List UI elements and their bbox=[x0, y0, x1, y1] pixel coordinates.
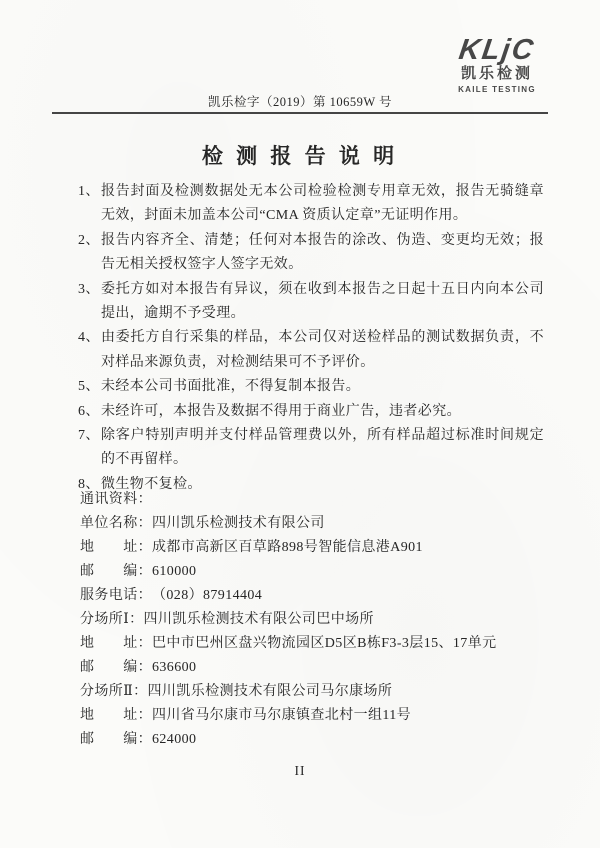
contact-label: 邮 编： bbox=[80, 728, 152, 752]
note-item-7: 7、 除客户特别声明并支付样品管理费以外，所有样品超过标准时间规定的不再留样。 bbox=[78, 424, 544, 473]
contact-row-address-branch-2: 地 址：四川省马尔康市马尔康镇查北村一组11号 bbox=[80, 704, 550, 728]
contact-label: 邮 编： bbox=[80, 560, 152, 584]
contact-section: 通讯资料： 单位名称：四川凯乐检测技术有限公司 地 址：成都市高新区百草路898… bbox=[80, 488, 550, 752]
note-number: 7、 bbox=[78, 424, 101, 473]
contact-row-postcode-main: 邮 编：610000 bbox=[80, 560, 550, 584]
note-text: 未经许可，本报告及数据不得用于商业广告，违者必究。 bbox=[101, 400, 544, 424]
contact-row-company-name: 单位名称：四川凯乐检测技术有限公司 bbox=[80, 512, 550, 536]
note-item-3: 3、 委托方如对本报告有异议，须在收到本报告之日起十五日内向本公司提出，逾期不予… bbox=[78, 278, 544, 327]
note-item-5: 5、 未经本公司书面批准，不得复制本报告。 bbox=[78, 375, 544, 399]
contact-label: 地 址： bbox=[80, 632, 152, 656]
contact-label: 地 址： bbox=[80, 536, 152, 560]
note-text: 报告内容齐全、清楚；任何对本报告的涂改、伪造、变更均无效；报告无相关授权签字人签… bbox=[101, 229, 544, 278]
logo-name-chinese: 凯乐检测 bbox=[442, 66, 552, 83]
contact-row-address-main: 地 址：成都市高新区百草路898号智能信息港A901 bbox=[80, 536, 550, 560]
contact-value: 成都市高新区百草路898号智能信息港A901 bbox=[152, 540, 423, 555]
contact-row-branch-2: 分场所Ⅱ：四川凯乐检测技术有限公司马尔康场所 bbox=[80, 680, 550, 704]
note-number: 1、 bbox=[78, 180, 101, 229]
contact-row-postcode-branch-2: 邮 编：624000 bbox=[80, 728, 550, 752]
note-number: 4、 bbox=[78, 326, 101, 375]
contact-value: 四川凯乐检测技术有限公司 bbox=[152, 516, 325, 531]
contact-label: 服务电话： bbox=[80, 584, 152, 608]
note-number: 5、 bbox=[78, 375, 101, 399]
note-text: 未经本公司书面批准，不得复制本报告。 bbox=[101, 375, 544, 399]
note-number: 3、 bbox=[78, 278, 101, 327]
contact-value: 四川凯乐检测技术有限公司巴中场所 bbox=[144, 612, 374, 627]
contact-label: 地 址： bbox=[80, 704, 152, 728]
contact-label: 单位名称： bbox=[80, 512, 152, 536]
contact-label: 邮 编： bbox=[80, 656, 152, 680]
contact-value: 624000 bbox=[152, 732, 196, 747]
note-number: 2、 bbox=[78, 229, 101, 278]
contact-row-branch-1: 分场所Ⅰ：四川凯乐检测技术有限公司巴中场所 bbox=[80, 608, 550, 632]
contact-label: 分场所Ⅱ： bbox=[80, 680, 148, 704]
page-number: II bbox=[0, 763, 600, 779]
note-text: 由委托方自行采集的样品，本公司仅对送检样品的测试数据负责，不对样品来源负责，对检… bbox=[101, 326, 544, 375]
note-item-1: 1、 报告封面及检测数据处无本公司检验检测专用章无效，报告无骑缝章无效，封面未加… bbox=[78, 180, 544, 229]
contact-value: 636600 bbox=[152, 660, 196, 675]
header-divider bbox=[52, 112, 548, 114]
document-number: 凯乐检字（2019）第 10659W 号 bbox=[0, 92, 600, 110]
notes-list: 1、 报告封面及检测数据处无本公司检验检测专用章无效，报告无骑缝章无效，封面未加… bbox=[78, 180, 544, 497]
contact-value: 四川凯乐检测技术有限公司马尔康场所 bbox=[148, 684, 393, 699]
note-text: 除客户特别声明并支付样品管理费以外，所有样品超过标准时间规定的不再留样。 bbox=[101, 424, 544, 473]
contact-heading: 通讯资料： bbox=[80, 488, 550, 512]
note-text: 委托方如对本报告有异议，须在收到本报告之日起十五日内向本公司提出，逾期不予受理。 bbox=[101, 278, 544, 327]
contact-row-address-branch-1: 地 址：巴中市巴州区盘兴物流园区D5区B栋F3-3层15、17单元 bbox=[80, 632, 550, 656]
document-page: KLjC 凯乐检测 KAILE TESTING 凯乐检字（2019）第 1065… bbox=[0, 0, 600, 848]
contact-row-postcode-branch-1: 邮 编：636600 bbox=[80, 656, 550, 680]
logo-kljc-mark: KLjC bbox=[440, 35, 554, 65]
page-title: 检 测 报 告 说 明 bbox=[0, 140, 600, 170]
note-item-6: 6、 未经许可，本报告及数据不得用于商业广告，违者必究。 bbox=[78, 400, 544, 424]
note-number: 6、 bbox=[78, 400, 101, 424]
company-logo: KLjC 凯乐检测 KAILE TESTING bbox=[442, 35, 552, 95]
note-item-4: 4、 由委托方自行采集的样品，本公司仅对送检样品的测试数据负责，不对样品来源负责… bbox=[78, 326, 544, 375]
note-text: 报告封面及检测数据处无本公司检验检测专用章无效，报告无骑缝章无效，封面未加盖本公… bbox=[101, 180, 544, 229]
note-item-2: 2、 报告内容齐全、清楚；任何对本报告的涂改、伪造、变更均无效；报告无相关授权签… bbox=[78, 229, 544, 278]
contact-label: 分场所Ⅰ： bbox=[80, 608, 144, 632]
contact-row-phone: 服务电话：（028）87914404 bbox=[80, 584, 550, 608]
contact-value: （028）87914404 bbox=[152, 588, 262, 603]
contact-value: 巴中市巴州区盘兴物流园区D5区B栋F3-3层15、17单元 bbox=[152, 636, 497, 651]
contact-value: 四川省马尔康市马尔康镇查北村一组11号 bbox=[152, 708, 411, 723]
contact-value: 610000 bbox=[152, 564, 196, 579]
